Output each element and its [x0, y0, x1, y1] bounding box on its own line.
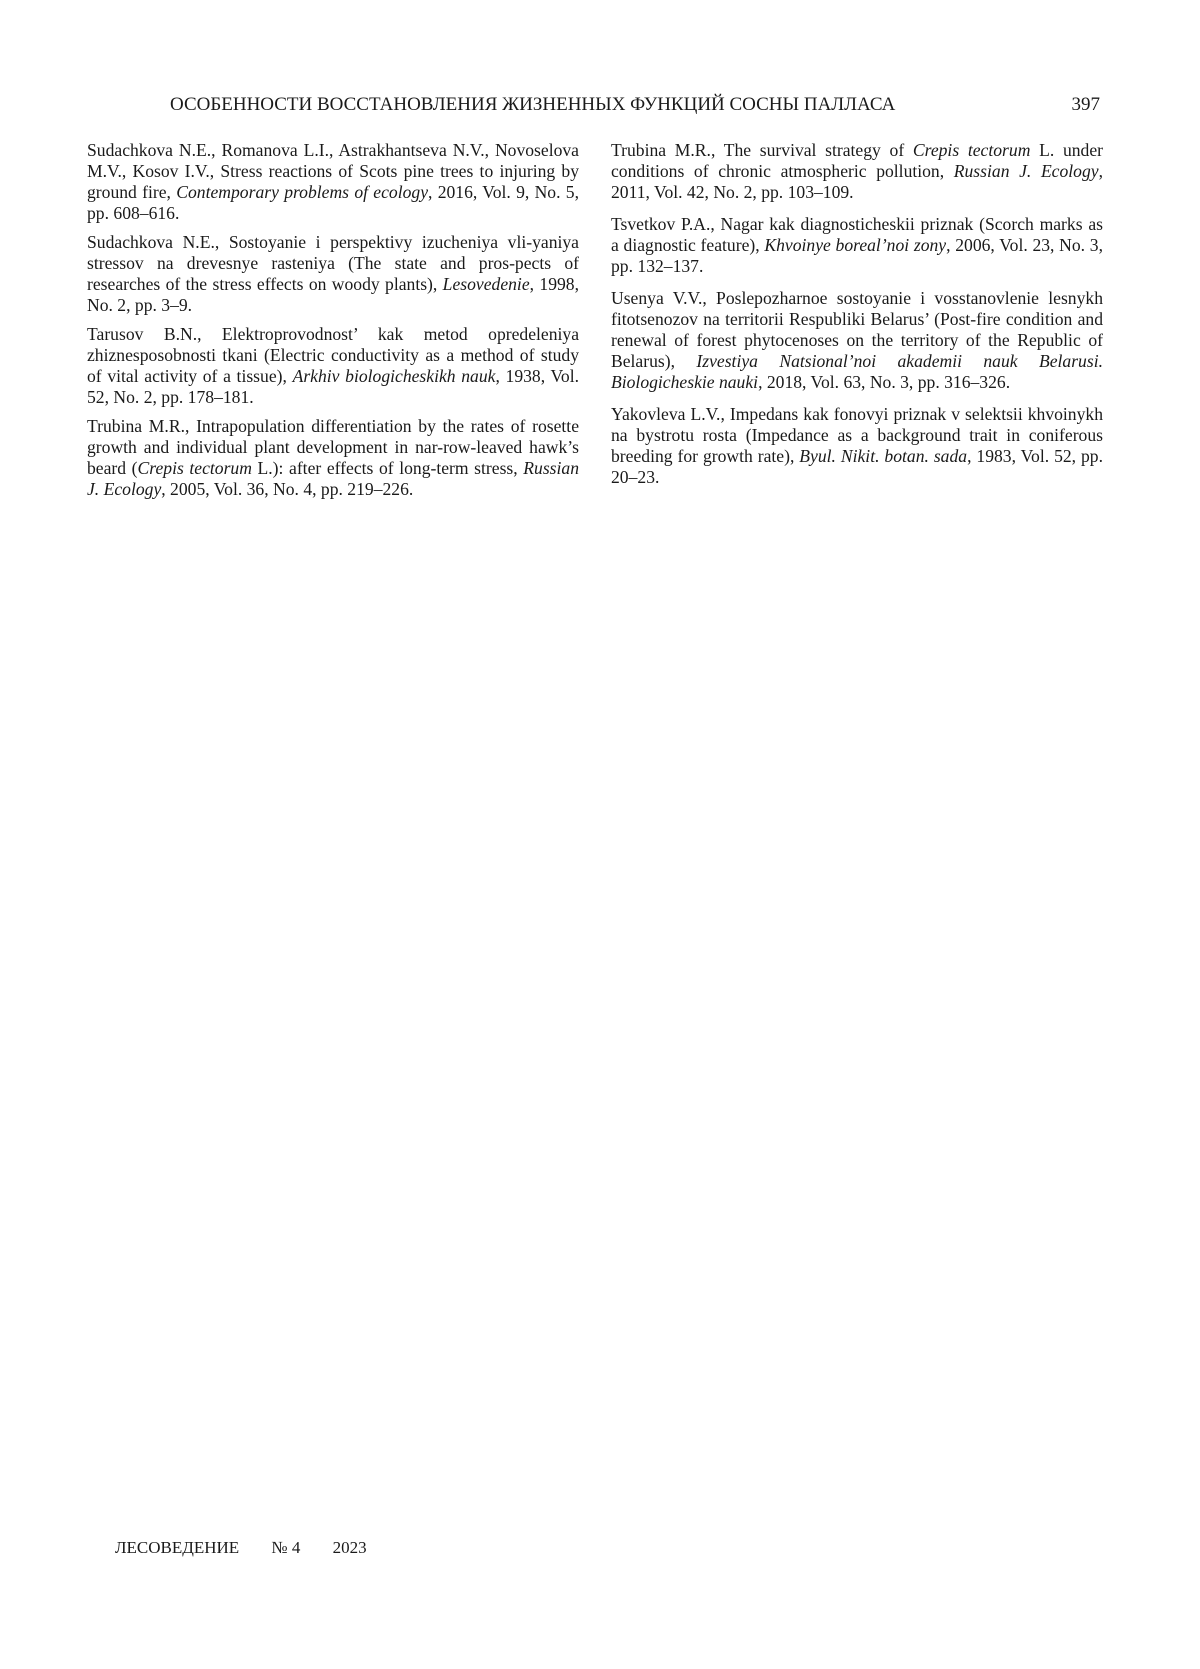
reference-item: Trubina M.R., The survival strategy of C…: [611, 140, 1103, 203]
journal-title: Russian J. Ecology: [954, 161, 1099, 181]
reference-item: Trubina M.R., Intrapopulation differenti…: [87, 416, 579, 500]
journal-title: Khvoinye boreal’noi zony: [764, 235, 946, 255]
journal-title: Arkhiv biologicheskikh nauk: [293, 366, 496, 386]
footer-issue: № 4: [271, 1538, 300, 1557]
reference-item: Sudachkova N.E., Romanova L.I., Astrakha…: [87, 140, 579, 224]
journal-title: Contemporary problems of ecology: [176, 182, 428, 202]
page-number: 397: [1072, 94, 1101, 116]
reference-item: Usenya V.V., Poslepozharnoe sostoyanie i…: [611, 288, 1103, 393]
reference-item: Yakovleva L.V., Impedans kak fonovyi pri…: [611, 404, 1103, 488]
running-title: ОСОБЕННОСТИ ВОССТАНОВЛЕНИЯ ЖИЗНЕННЫХ ФУН…: [170, 94, 895, 116]
species-name: Crepis tectorum: [913, 140, 1031, 160]
footer-journal-name: ЛЕСОВЕДЕНИЕ: [115, 1538, 239, 1557]
footer-year: 2023: [333, 1538, 367, 1557]
references-right-column: Trubina M.R., The survival strategy of C…: [611, 140, 1103, 499]
species-name: Crepis tectorum: [138, 458, 252, 478]
journal-title: Lesovedenie: [443, 274, 530, 294]
references-left-column: Sudachkova N.E., Romanova L.I., Astrakha…: [87, 140, 579, 508]
reference-item: Tarusov B.N., Elektroprovodnost’ kak met…: [87, 324, 579, 408]
page-footer: ЛЕСОВЕДЕНИЕ № 4 2023: [115, 1538, 395, 1558]
reference-item: Sudachkova N.E., Sostoyanie i perspektiv…: [87, 232, 579, 316]
reference-item: Tsvetkov P.A., Nagar kak diagnosticheski…: [611, 214, 1103, 277]
journal-title: Byul. Nikit. botan. sada: [799, 446, 967, 466]
